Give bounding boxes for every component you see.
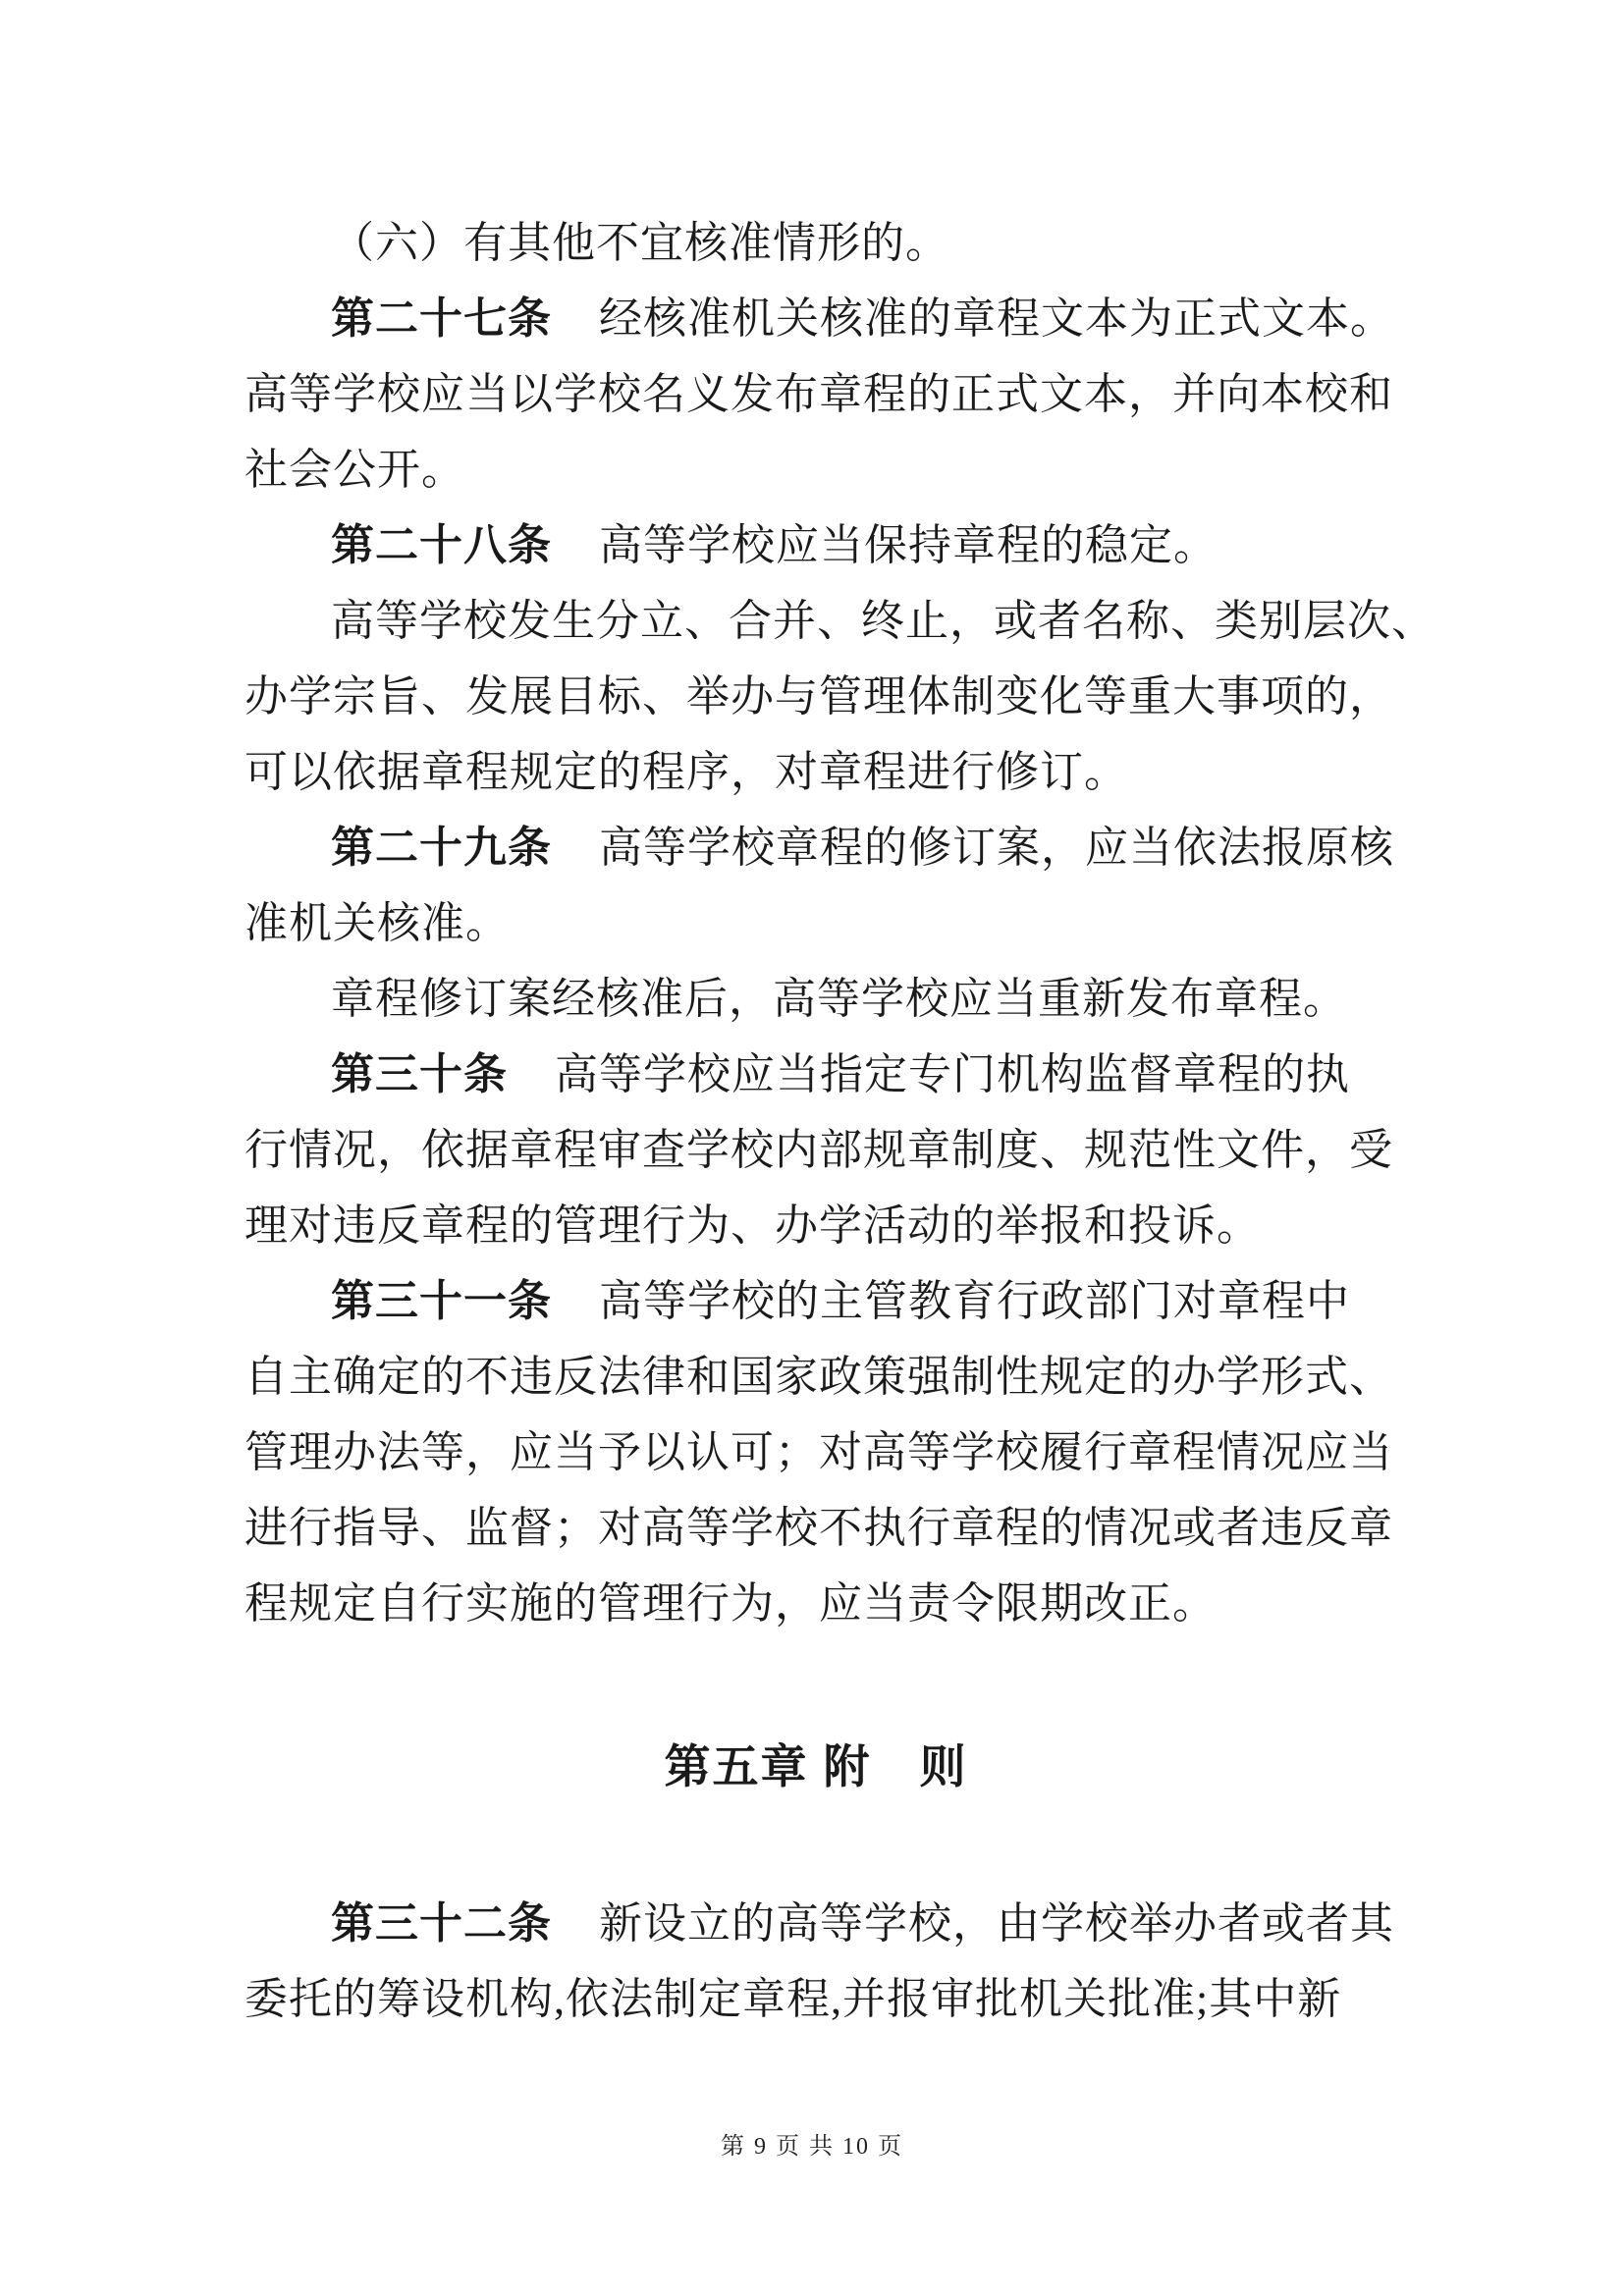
document-line: 进行指导、监督；对高等学校不执行章程的情况或者违反章 (244, 1490, 1387, 1566)
article-number: 第三十二条 (331, 1899, 552, 1948)
lines-after-heading: 第三十二条新设立的高等学校，由学校举办者或者其委托的筹设机构,依法制定章程,并报… (244, 1886, 1387, 2037)
lines-before-heading: （六）有其他不宜核准情形的。第二十七条经核准机关核准的章程文本为正式文本。高等学… (244, 205, 1387, 1641)
line-text: 管理办法等，应当予以认可；对高等学校履行章程情况应当 (244, 1428, 1393, 1476)
document-line: 程规定自行实施的管理行为，应当责令限期改正。 (244, 1566, 1387, 1641)
line-text: 经核准机关核准的章程文本为正式文本。 (599, 294, 1394, 343)
line-text: 章程修订案经核准后，高等学校应当重新发布章程。 (331, 975, 1347, 1023)
line-text: 高等学校的主管教育行政部门对章程中 (599, 1277, 1350, 1325)
line-text: 高等学校应当指定专门机构监督章程的执 (555, 1050, 1350, 1098)
line-text: 理对违反章程的管理行为、办学活动的举报和投诉。 (244, 1201, 1261, 1250)
article-number: 第三十一条 (331, 1277, 552, 1325)
document-line: 委托的筹设机构,依法制定章程,并报审批机关批准;其中新 (244, 1961, 1387, 2037)
article-number: 第二十七条 (331, 294, 552, 343)
document-line: 高等学校应当以学校名义发布章程的正式文本，并向本校和 (244, 356, 1387, 432)
document-line: 行情况，依据章程审查学校内部规章制度、规范性文件，受 (244, 1112, 1387, 1188)
document-line: 第三十条高等学校应当指定专门机构监督章程的执 (244, 1037, 1387, 1112)
document-line: 第二十七条经核准机关核准的章程文本为正式文本。 (244, 281, 1387, 356)
line-text: 委托的筹设机构,依法制定章程,并报审批机关批准;其中新 (244, 1975, 1341, 2023)
line-text: 高等学校应当以学校名义发布章程的正式文本，并向本校和 (244, 370, 1393, 418)
document-line: 理对违反章程的管理行为、办学活动的举报和投诉。 (244, 1188, 1387, 1263)
line-text: 社会公开。 (244, 446, 465, 494)
page-footer: 第 9 页 共 10 页 (0, 2126, 1624, 2161)
article-number: 第三十条 (331, 1050, 508, 1098)
line-text: 准机关核准。 (244, 899, 510, 947)
line-text: 行情况，依据章程审查学校内部规章制度、规范性文件，受 (244, 1126, 1393, 1174)
line-text: （六）有其他不宜核准情形的。 (331, 219, 949, 267)
line-text: 新设立的高等学校，由学校举办者或者其 (599, 1899, 1394, 1948)
document-line: 高等学校发生分立、合并、终止，或者名称、类别层次、 (244, 583, 1387, 659)
article-number: 第二十九条 (331, 824, 552, 872)
document-line: 管理办法等，应当予以认可；对高等学校履行章程情况应当 (244, 1415, 1387, 1490)
line-text: 进行指导、监督；对高等学校不执行章程的情况或者违反章 (244, 1504, 1393, 1552)
document-line: 自主确定的不违反法律和国家政策强制性规定的办学形式、 (244, 1339, 1387, 1415)
document-line: 社会公开。 (244, 432, 1387, 507)
document-line: 可以依据章程规定的程序，对章程进行修订。 (244, 734, 1387, 810)
line-text: 可以依据章程规定的程序，对章程进行修订。 (244, 748, 1128, 796)
article-number: 第二十八条 (331, 521, 552, 569)
document-line: 第二十九条高等学校章程的修订案，应当依法报原核 (244, 810, 1387, 885)
document-line: 办学宗旨、发展目标、举办与管理体制变化等重大事项的， (244, 659, 1387, 734)
document-line: 章程修订案经核准后，高等学校应当重新发布章程。 (244, 961, 1387, 1037)
line-text: 高等学校应当保持章程的稳定。 (599, 521, 1218, 569)
document-line: 第三十二条新设立的高等学校，由学校举办者或者其 (244, 1886, 1387, 1961)
document-page: （六）有其他不宜核准情形的。第二十七条经核准机关核准的章程文本为正式文本。高等学… (0, 0, 1624, 2296)
document-line: 准机关核准。 (244, 885, 1387, 961)
document-line: 第三十一条高等学校的主管教育行政部门对章程中 (244, 1263, 1387, 1339)
chapter-heading: 第五章 附 则 (244, 1729, 1387, 1804)
document-body: （六）有其他不宜核准情形的。第二十七条经核准机关核准的章程文本为正式文本。高等学… (244, 205, 1387, 2037)
line-text: 办学宗旨、发展目标、举办与管理体制变化等重大事项的， (244, 672, 1393, 721)
line-text: 高等学校章程的修订案，应当依法报原核 (599, 824, 1394, 872)
document-line: （六）有其他不宜核准情形的。 (244, 205, 1387, 281)
line-text: 自主确定的不违反法律和国家政策强制性规定的办学形式、 (244, 1353, 1393, 1401)
line-text: 高等学校发生分立、合并、终止，或者名称、类别层次、 (331, 597, 1435, 645)
line-text: 程规定自行实施的管理行为，应当责令限期改正。 (244, 1579, 1217, 1628)
document-line: 第二十八条高等学校应当保持章程的稳定。 (244, 507, 1387, 583)
